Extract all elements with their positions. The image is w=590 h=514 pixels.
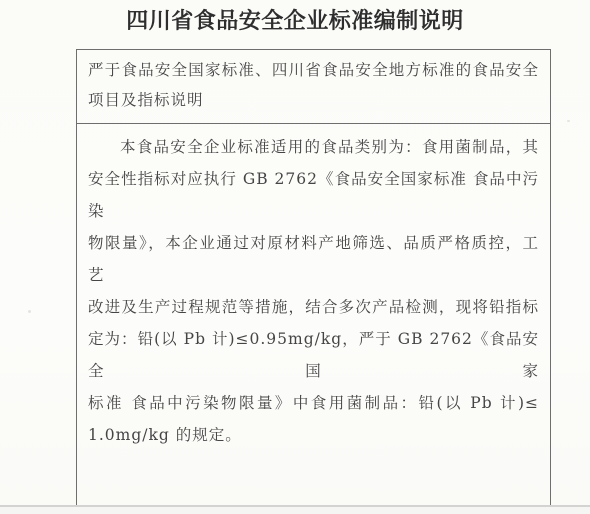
text-line: 安全性指标对应执行 GB 2762《食品安全国家标准 食品中污染: [88, 163, 539, 227]
scan-speckle: [28, 310, 31, 313]
text-line: 项目及指标说明: [88, 85, 539, 115]
text-line: 物限量》，本企业通过对原材料产地筛选、品质严格质控，工艺: [88, 227, 539, 291]
table-header-cell: 严于食品安全国家标准、四川省食品安全地方标准的食品安全项目及指标说明: [77, 50, 550, 124]
text-line: 本食品安全企业标准适用的食品类别为：食用菌制品，其: [88, 131, 539, 163]
text-line: 1.0mg/kg 的规定。: [88, 419, 539, 451]
scanner-background-strip: [0, 507, 590, 514]
standard-explanation-table: 严于食品安全国家标准、四川省食品安全地方标准的食品安全项目及指标说明 本食品安全…: [76, 49, 551, 506]
scan-speckle: [567, 120, 570, 122]
table-body-cell: 本食品安全企业标准适用的食品类别为：食用菌制品，其安全性指标对应执行 GB 27…: [77, 124, 550, 451]
text-line: 标准 食品中污染物限量》中食用菌制品：铅(以 Pb 计)≤: [88, 387, 539, 419]
document-title: 四川省食品安全企业标准编制说明: [0, 6, 590, 38]
scanned-document-page: 四川省食品安全企业标准编制说明 严于食品安全国家标准、四川省食品安全地方标准的食…: [0, 0, 590, 514]
text-line: 严于食品安全国家标准、四川省食品安全地方标准的食品安全: [88, 55, 539, 85]
text-line: 改进及生产过程规范等措施，结合多次产品检测，现将铅指标: [88, 291, 539, 323]
text-line: 定为：铅(以 Pb 计)≤0.95mg/kg，严于 GB 2762《食品安全国家: [88, 323, 539, 387]
